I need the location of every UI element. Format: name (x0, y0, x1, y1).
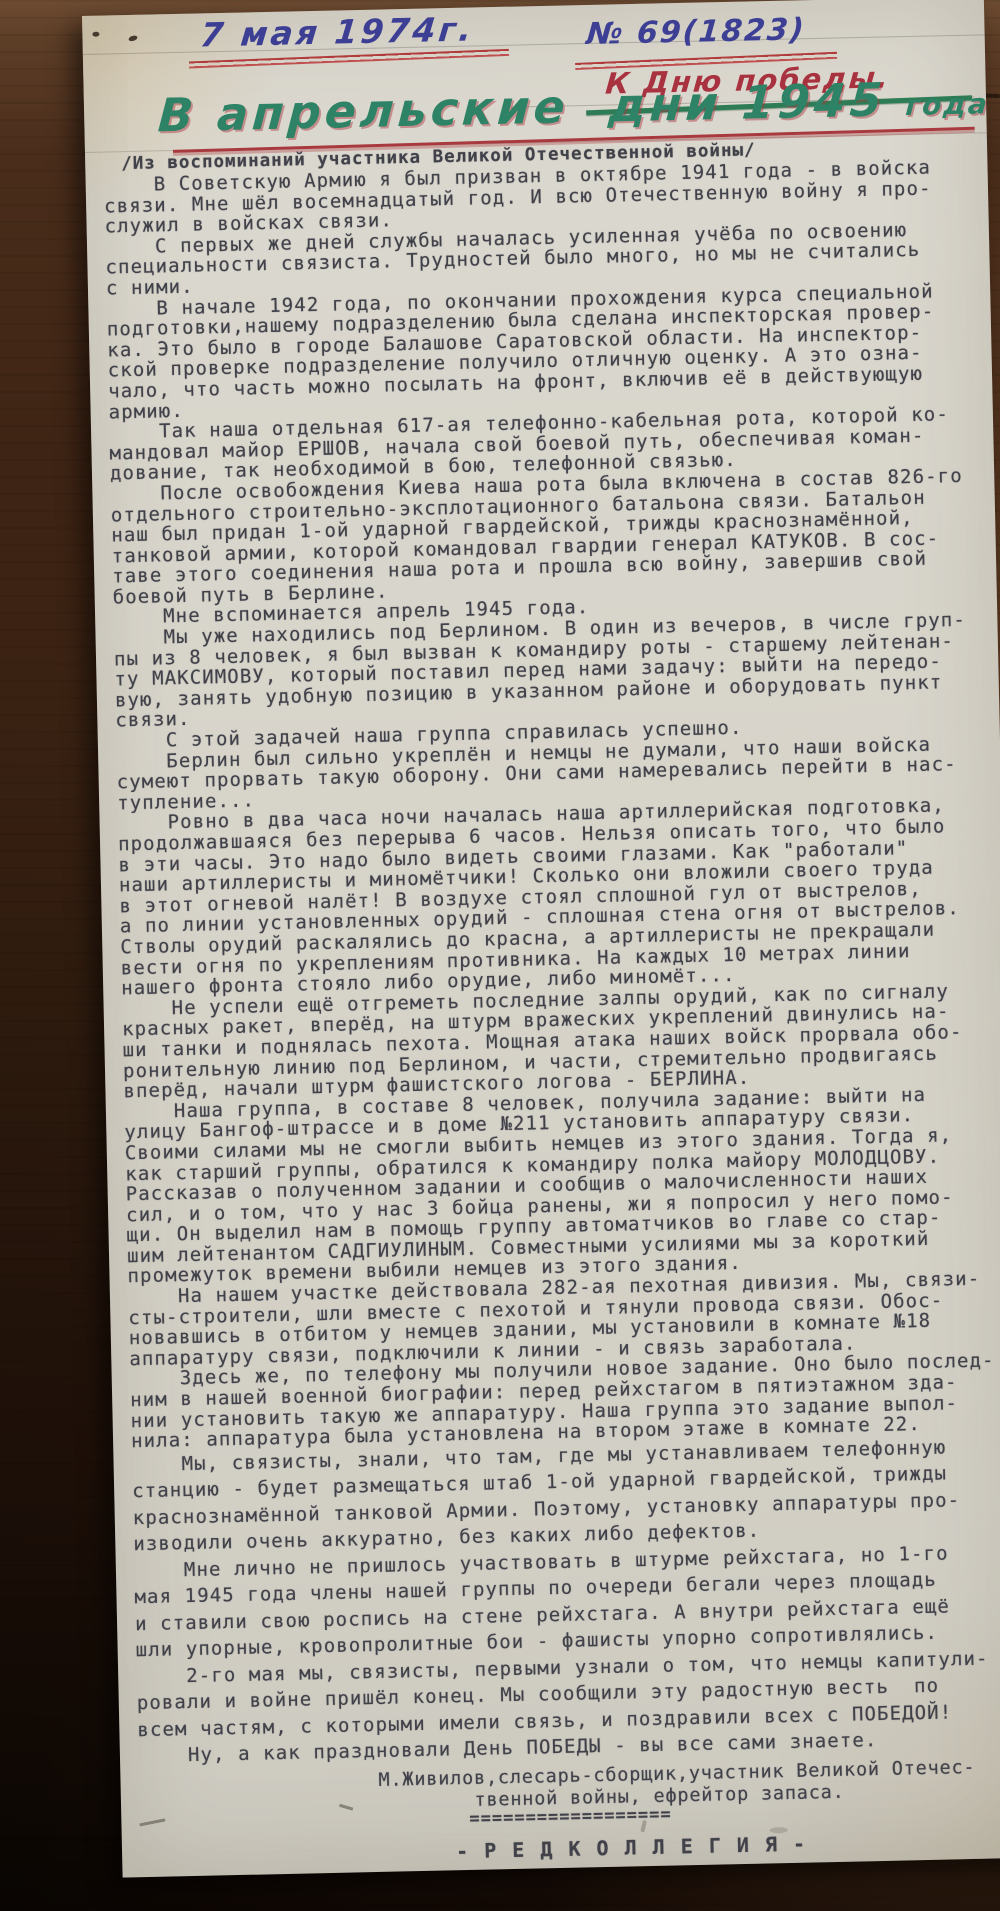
paragraph: Мне лично не пришлось участвовать в штур… (134, 1539, 1000, 1664)
paragraph: Мы уже находились под Берлином. В один и… (113, 609, 991, 731)
paragraph: Мы, связисты, знали, что там, где мы уст… (131, 1433, 1000, 1558)
editorial-board-line: - Р Е Д К О Л Л Е Г И Я - (456, 1827, 1000, 1863)
paragraph: Наша группа, в составе 8 человек, получи… (124, 1083, 1000, 1287)
pin-speck (128, 35, 138, 42)
paragraph: После освобождения Киева наша рота была … (110, 465, 988, 608)
paragraph: В начале 1942 года, по окончании прохожд… (106, 280, 984, 423)
title-suffix: года. (904, 87, 1000, 122)
article-body: В Советскую Армию я был призван в октябр… (103, 156, 1000, 1870)
paragraph: Не успели ещё отгреметь последние залпы … (121, 980, 999, 1102)
pin-speck (92, 32, 99, 37)
paragraph: Ровно в два часа ночи началась наша арти… (117, 795, 997, 999)
document-sheet: 7 мая 1974г. № 69(1823) К Дню победы. В … (82, 0, 1000, 1878)
issue-number: № 69(1823) (585, 12, 807, 52)
handwritten-date: 7 мая 1974г. (198, 9, 476, 54)
